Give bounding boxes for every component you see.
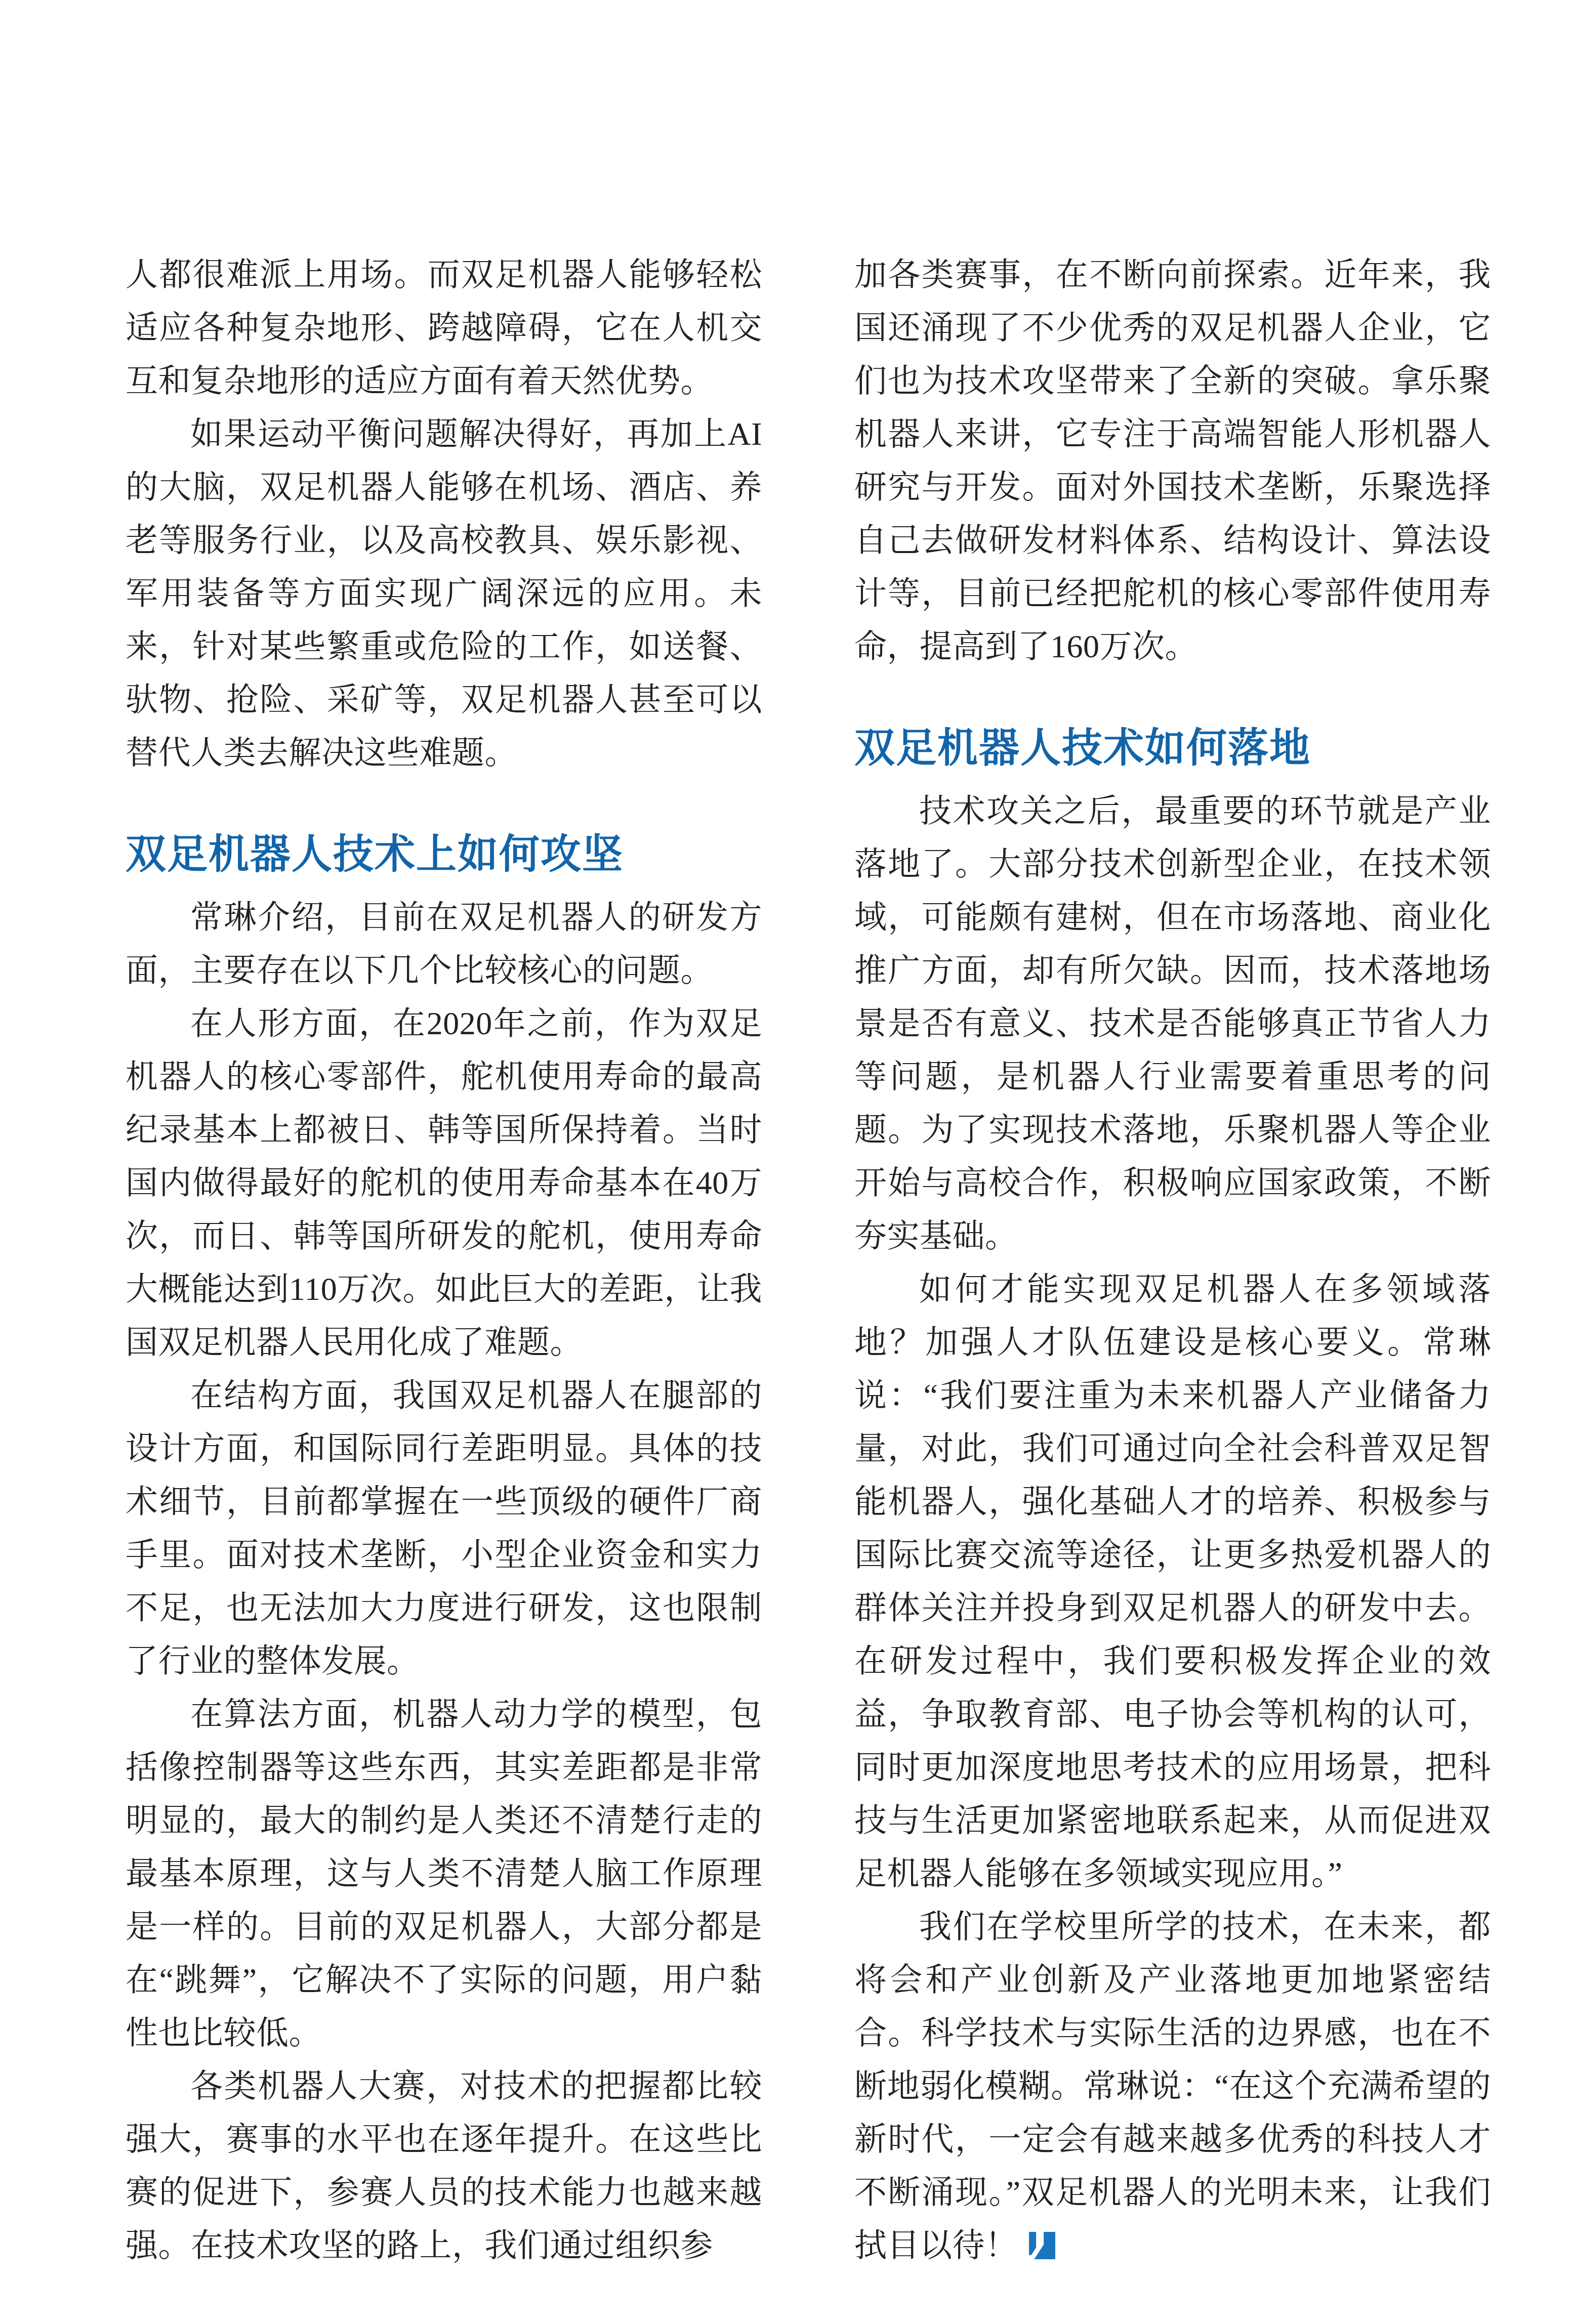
paragraph-continuation: 加各类赛事，在不断向前探索。近年来，我国还涌现了不少优秀的双足机器人企业，它们也… bbox=[854, 248, 1491, 673]
right-text-column: 加各类赛事，在不断向前探索。近年来，我国还涌现了不少优秀的双足机器人企业，它们也… bbox=[854, 248, 1491, 2272]
section-heading-tech-landing: 双足机器人技术如何落地 bbox=[854, 724, 1491, 772]
paragraph-text: 我们在学校里所学的技术，在未来，都将会和产业创新及产业落地更加地紧密结合。科学技… bbox=[854, 1909, 1491, 2263]
paragraph: 如何才能实现双足机器人在多领域落地？加强人才队伍建设是核心要义。常琳说：“我们要… bbox=[854, 1262, 1491, 1900]
paragraph: 技术攻关之后，最重要的环节就是产业落地了。大部分技术创新型企业，在技术领域，可能… bbox=[854, 784, 1491, 1262]
paragraph: 如果运动平衡问题解决得好，再加上AI的大脑，双足机器人能够在机场、酒店、养老等服… bbox=[126, 407, 762, 779]
left-text-column: 人都很难派上用场。而双足机器人能够轻松适应各种复杂地形、跨越障碍，它在人机交互和… bbox=[126, 248, 762, 2272]
paragraph: 各类机器人大赛，对技术的把握都比较强大，赛事的水平也在逐年提升。在这些比赛的促进… bbox=[126, 2059, 762, 2272]
paragraph: 常琳介绍，目前在双足机器人的研发方面，主要存在以下几个比较核心的问题。 bbox=[126, 891, 762, 997]
magazine-article-page: 人都很难派上用场。而双足机器人能够轻松适应各种复杂地形、跨越障碍，它在人机交互和… bbox=[0, 0, 1569, 2324]
section-heading-tech-challenges: 双足机器人技术上如何攻坚 bbox=[126, 830, 762, 878]
paragraph: 在算法方面，机器人动力学的模型，包括像控制器等这些东西，其实差距都是非常明显的，… bbox=[126, 1687, 762, 2059]
paragraph-final: 我们在学校里所学的技术，在未来，都将会和产业创新及产业落地更加地紧密结合。科学技… bbox=[854, 1900, 1491, 2272]
paragraph: 在结构方面，我国双足机器人在腿部的设计方面，和国际同行差距明显。具体的技术细节，… bbox=[126, 1369, 762, 1687]
paragraph: 在人形方面，在2020年之前，作为双足机器人的核心零部件，舵机使用寿命的最高纪录… bbox=[126, 997, 762, 1369]
paragraph-continuation: 人都很难派上用场。而双足机器人能够轻松适应各种复杂地形、跨越障碍，它在人机交互和… bbox=[126, 248, 762, 407]
article-end-mark-icon bbox=[1029, 2232, 1055, 2259]
